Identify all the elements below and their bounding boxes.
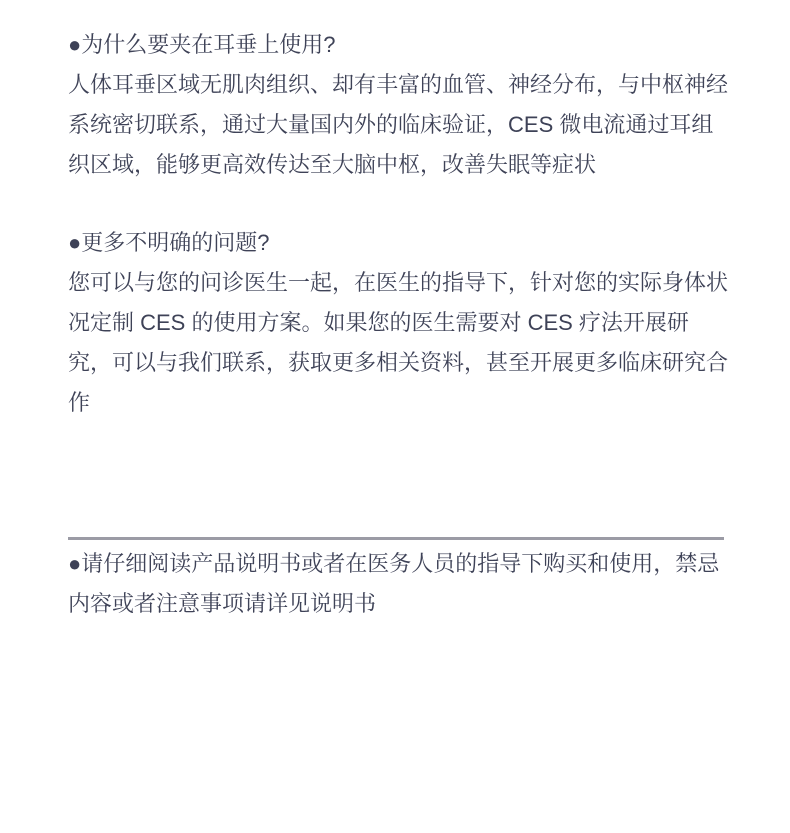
bullet-icon: ●	[68, 223, 81, 263]
section-2-heading: ●更多不明确的问题?	[68, 223, 732, 263]
product-description-page: ●为什么要夹在耳垂上使用? 人体耳垂区域无肌肉组织、却有丰富的血管、神经分布，与…	[0, 0, 790, 833]
section-1-heading: ●为什么要夹在耳垂上使用?	[68, 25, 732, 65]
footer-note: ●请仔细阅读产品说明书或者在医务人员的指导下购买和使用，禁忌内容或者注意事项请详…	[68, 544, 732, 624]
section-2-heading-text: 更多不明确的问题?	[81, 230, 269, 255]
section-why-earlobe: ●为什么要夹在耳垂上使用? 人体耳垂区域无肌肉组织、却有丰富的血管、神经分布，与…	[68, 25, 732, 185]
bullet-icon: ●	[68, 544, 81, 584]
bullet-icon: ●	[68, 25, 81, 65]
section-2-body: 您可以与您的问诊医生一起，在医生的指导下，针对您的实际身体状况定制 CES 的使…	[68, 263, 732, 423]
section-1-heading-text: 为什么要夹在耳垂上使用?	[81, 32, 335, 57]
section-divider	[68, 537, 724, 540]
section-more-questions: ●更多不明确的问题? 您可以与您的问诊医生一起，在医生的指导下，针对您的实际身体…	[68, 223, 732, 423]
footer-note-text: 请仔细阅读产品说明书或者在医务人员的指导下购买和使用，禁忌内容或者注意事项请详见…	[68, 551, 719, 616]
section-1-body: 人体耳垂区域无肌肉组织、却有丰富的血管、神经分布，与中枢神经系统密切联系，通过大…	[68, 65, 732, 185]
